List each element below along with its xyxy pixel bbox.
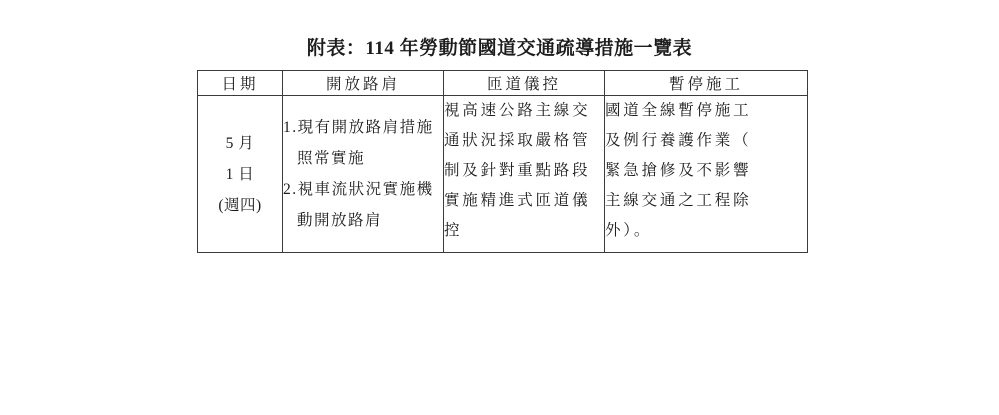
date-weekday-line: (週四): [198, 190, 282, 221]
col-header-open-shoulder: 開放路肩: [283, 71, 444, 96]
construction-halt-line: 緊急搶修及不影響: [605, 156, 807, 186]
ramp-metering-line: 實施精進式匝道儀: [444, 186, 604, 216]
open-shoulder-item2-line1: 2.視車流狀況實施機: [283, 174, 443, 205]
ramp-metering-line: 視高速公路主線交: [444, 96, 604, 126]
document-page: 附表：114 年勞動節國道交通疏導措施一覽表 日期 開放路肩 匝道儀控 暫停施工…: [0, 0, 999, 415]
construction-halt-line: 及例行養護作業（: [605, 126, 807, 156]
cell-open-shoulder: 1.現有開放路肩措施 照常實施 2.視車流狀況實施機 動開放路肩: [283, 96, 444, 253]
construction-halt-line: 外）。: [605, 216, 807, 246]
cell-ramp-metering: 視高速公路主線交 通狀況採取嚴格管 制及針對重點路段 實施精進式匝道儀 控: [444, 96, 605, 253]
col-header-construction-halt: 暫停施工: [605, 71, 808, 96]
measures-table: 日期 開放路肩 匝道儀控 暫停施工 5 月 1 日 (週四) 1.現有開放路肩措…: [197, 70, 808, 253]
open-shoulder-item2-line2: 動開放路肩: [283, 205, 443, 236]
ramp-metering-line: 通狀況採取嚴格管: [444, 126, 604, 156]
date-month-line: 5 月: [198, 128, 282, 159]
construction-halt-line: 國道全線暫停施工: [605, 96, 807, 126]
construction-halt-line: 主線交通之工程除: [605, 186, 807, 216]
cell-date: 5 月 1 日 (週四): [198, 96, 283, 253]
col-header-ramp-metering: 匝道儀控: [444, 71, 605, 96]
ramp-metering-line: 制及針對重點路段: [444, 156, 604, 186]
cell-construction-halt: 國道全線暫停施工 及例行養護作業（ 緊急搶修及不影響 主線交通之工程除 外）。: [605, 96, 808, 253]
open-shoulder-item1-line1: 1.現有開放路肩措施: [283, 112, 443, 143]
col-header-date: 日期: [198, 71, 283, 96]
document-title: 附表：114 年勞動節國道交通疏導措施一覽表: [0, 33, 999, 60]
date-day-line: 1 日: [198, 159, 282, 190]
open-shoulder-item1-line2: 照常實施: [283, 143, 443, 174]
table-row: 5 月 1 日 (週四) 1.現有開放路肩措施 照常實施 2.視車流狀況實施機 …: [198, 96, 808, 253]
ramp-metering-line: 控: [444, 216, 604, 246]
table-header-row: 日期 開放路肩 匝道儀控 暫停施工: [198, 71, 808, 96]
